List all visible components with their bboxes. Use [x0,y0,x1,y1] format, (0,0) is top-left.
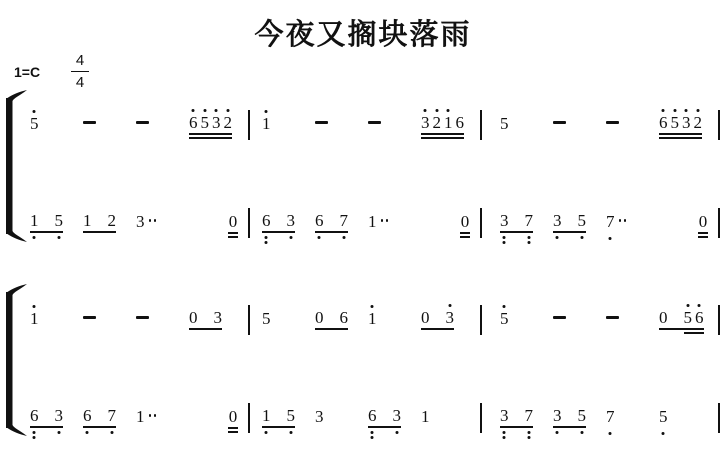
octave-dot-high [503,305,506,308]
duration-dash [83,121,96,124]
note-number: 3 [393,409,402,423]
note-token: 7 [606,214,615,232]
note-number: 0 [189,311,198,325]
octave-dot-high [33,110,36,113]
octave-dot-low [527,241,530,244]
beamed-group: 63 [30,409,63,423]
barline [248,110,250,140]
note: 1 [444,116,453,130]
note-token: 0 [461,214,470,232]
note: 2 [694,116,703,130]
note: 6 [315,214,324,228]
note-number: 6 [695,311,704,325]
octave-dot-low [33,236,36,239]
note-number: 6 [189,116,198,130]
staff-melody-2: 1035061035056 [0,311,726,325]
note-number: 1 [368,215,377,229]
note: 6 [695,311,704,325]
note: 3 [393,409,402,423]
note: 0 [189,311,198,325]
note-number: 7 [606,410,615,424]
note-number: 0 [421,311,430,325]
note-token: 0 [699,214,708,232]
octave-dot-high [265,110,268,113]
note-token: 3 [136,214,145,232]
octave-dot-low [527,431,530,434]
octave-dot-high [686,304,689,307]
note-number: 0 [659,311,668,325]
note: 2 [108,214,117,228]
note: 3 [421,116,430,130]
note-number: 1 [368,312,377,326]
note-number: 2 [694,116,703,130]
note: 3 [553,214,562,228]
octave-dot-low [503,436,506,439]
barline [248,305,250,335]
note-token: 7 [606,409,615,427]
note: 5 [262,312,271,326]
octave-dot-high [215,109,218,112]
barline [718,110,720,140]
octave-dot-low [395,431,398,434]
note: 0 [461,215,470,229]
octave-dot-low [371,431,374,434]
octave-dot-high [448,304,451,307]
note: 5 [287,409,296,423]
note-number: 3 [421,116,430,130]
octave-dot-high [673,109,676,112]
note: 5 [30,117,39,131]
note: 0 [229,215,238,229]
octave-dot-high [203,109,206,112]
note: 0 [229,410,238,424]
beam-line [460,236,471,238]
beam-line [659,133,702,135]
note-number: 3 [553,409,562,423]
note: 2 [224,116,233,130]
note-number: 1 [421,410,430,424]
beam-line [83,231,116,233]
octave-dot-low [556,431,559,434]
note: 0 [315,311,324,325]
note: 3 [553,409,562,423]
staff-melody-1: 565321321656532 [0,116,726,130]
octave-dot-low [503,241,506,244]
note-number: 5 [500,117,509,131]
note-number: 1 [262,117,271,131]
beam-line [228,236,239,238]
note-number: 3 [55,409,64,423]
note: 6 [30,409,39,423]
note-token: 5 [659,409,668,427]
note: 5 [500,117,509,131]
duration-dash [606,316,619,319]
note-number: 5 [578,409,587,423]
note: 1 [368,215,377,229]
beamed-group: 15 [30,214,63,228]
octave-dot-high [698,304,701,307]
note: 3 [136,215,145,229]
octave-dot-low [527,436,530,439]
octave-dot-low [289,431,292,434]
beam-line [262,426,295,428]
octave-dot-low [33,431,36,434]
note-number: 0 [461,215,470,229]
barline [480,110,482,140]
beamed-group: 6532 [659,116,702,130]
barline [718,208,720,238]
note-number: 1 [444,116,453,130]
augmentation-dot [624,219,627,222]
augmentation-dot [381,219,384,222]
beam-line [368,426,401,428]
note: 1 [83,214,92,228]
note-number: 3 [500,409,509,423]
beamed-group: 63 [368,409,401,423]
note-number: 7 [108,409,117,423]
note-token: 5 [262,311,271,329]
note: 6 [83,409,92,423]
note-token: 1 [368,311,377,329]
note: 6 [189,116,198,130]
note: 5 [500,312,509,326]
note-number: 3 [553,214,562,228]
augmentation-dot [386,219,389,222]
note-token: 5 [30,116,39,134]
beamed-group: 03 [421,311,454,325]
note-number: 6 [315,214,324,228]
octave-dot-low [556,236,559,239]
note: 3 [446,311,455,325]
note-number: 1 [30,214,39,228]
beam-line [30,231,63,233]
beam-line [228,232,239,234]
beam-line [30,426,63,428]
note: 7 [606,215,615,229]
beam-line [553,231,586,233]
note: 6 [456,116,465,130]
note: 6 [659,116,668,130]
note-number: 3 [446,311,455,325]
note: 0 [699,215,708,229]
note-number: 3 [315,410,324,424]
octave-dot-low [110,431,113,434]
duration-dash [368,121,381,124]
note-number: 3 [682,116,691,130]
octave-dot-low [503,431,506,434]
octave-dot-low [580,236,583,239]
beamed-group: 35 [553,409,586,423]
barline [718,305,720,335]
note-token: 5 [500,116,509,134]
sheet-music-page: 今夜又搁块落雨 1=C 4 4 565321321656532151230636… [0,0,726,449]
beam-line [262,231,295,233]
note: 1 [30,214,39,228]
octave-dot-low [503,236,506,239]
octave-dot-low [609,432,612,435]
beamed-group: 03 [189,311,222,325]
octave-dot-low [580,431,583,434]
note-number: 3 [136,215,145,229]
barline [248,403,250,433]
augmentation-dot [149,414,152,417]
note-number: 2 [108,214,117,228]
octave-dot-high [696,109,699,112]
beamed-group: 37 [500,409,533,423]
octave-dot-low [86,431,89,434]
duration-dash [553,121,566,124]
note: 1 [136,410,145,424]
note-number: 0 [229,215,238,229]
octave-dot-low [289,236,292,239]
note-number: 5 [201,116,210,130]
note-number: 3 [287,214,296,228]
note-number: 1 [136,410,145,424]
barline [480,403,482,433]
beam-line [421,133,464,135]
note: 6 [368,409,377,423]
note: 2 [433,116,442,130]
note-number: 1 [30,312,39,326]
barline [248,208,250,238]
note-number: 2 [433,116,442,130]
note: 3 [682,116,691,130]
note-number: 7 [525,214,534,228]
note-number: 5 [671,116,680,130]
note-number: 0 [315,311,324,325]
note: 7 [606,410,615,424]
beam-line [228,431,239,433]
note: 6 [262,214,271,228]
beamed-group: 12 [83,214,116,228]
augmentation-dot [149,219,152,222]
augmentation-dot [619,219,622,222]
note-number: 6 [83,409,92,423]
note: 3 [500,214,509,228]
beam-line [421,328,454,330]
beamed-group: 67 [83,409,116,423]
note: 3 [214,311,223,325]
beamed-group: 3216 [421,116,464,130]
note-token: 0 [229,409,238,427]
note: 5 [684,311,693,325]
barline [480,305,482,335]
score: 5653213216565321512306367103735701035061… [0,0,726,449]
note: 5 [578,214,587,228]
beam-line [698,232,709,234]
note: 3 [287,214,296,228]
note: 1 [421,410,430,424]
beam-line [659,137,702,139]
barline [480,208,482,238]
note-token: 1 [30,311,39,329]
octave-dot-low [662,432,665,435]
note-number: 6 [368,409,377,423]
beam-line [83,426,116,428]
beam-line [228,427,239,429]
beam-line [659,328,704,330]
note-number: 1 [262,409,271,423]
note-number: 6 [262,214,271,228]
note-number: 0 [229,410,238,424]
note-number: 5 [578,214,587,228]
staff-accompaniment-2: 636710153631373575 [0,409,726,423]
beamed-group: 6532 [189,116,232,130]
octave-dot-low [57,431,60,434]
beam-line [189,137,232,139]
note-number: 2 [224,116,233,130]
octave-dot-low [342,236,345,239]
octave-dot-high [33,305,36,308]
note: 1 [368,312,377,326]
note-number: 5 [684,311,693,325]
note: 1 [262,117,271,131]
note: 1 [262,409,271,423]
octave-dot-high [662,109,665,112]
octave-dot-high [685,109,688,112]
octave-dot-low [609,237,612,240]
note: 0 [659,311,668,325]
note-number: 0 [699,215,708,229]
octave-dot-high [371,305,374,308]
note: 3 [500,409,509,423]
note: 3 [315,410,324,424]
barline [718,403,720,433]
note-token: 3 [315,409,324,427]
note-number: 6 [340,311,349,325]
note-token: 5 [500,311,509,329]
beam-line [500,231,533,233]
octave-dot-low [371,436,374,439]
note: 7 [525,214,534,228]
beamed-group: 37 [500,214,533,228]
note-number: 5 [659,410,668,424]
beamed-group: 06 [315,311,348,325]
note: 0 [421,311,430,325]
note: 1 [30,312,39,326]
note-number: 5 [500,312,509,326]
octave-dot-high [192,109,195,112]
note: 7 [340,214,349,228]
beam-line [460,232,471,234]
note: 6 [340,311,349,325]
beamed-group: 35 [553,214,586,228]
octave-dot-high [435,109,438,112]
note-number: 5 [30,117,39,131]
note-number: 6 [456,116,465,130]
note-number: 3 [500,214,509,228]
octave-dot-low [265,241,268,244]
octave-dot-high [447,109,450,112]
octave-dot-low [57,236,60,239]
note: 5 [201,116,210,130]
note-token: 1 [136,409,145,427]
beam-line [315,231,348,233]
duration-dash [136,121,149,124]
staff-accompaniment-1: 151230636710373570 [0,214,726,228]
octave-dot-high [424,109,427,112]
note-token: 1 [262,116,271,134]
note: 3 [55,409,64,423]
note: 7 [525,409,534,423]
note-token: 1 [421,409,430,427]
note-number: 6 [30,409,39,423]
duration-dash [553,316,566,319]
note: 3 [212,116,221,130]
beam-line [315,328,348,330]
note: 7 [108,409,117,423]
octave-dot-low [318,236,321,239]
augmentation-dot [154,219,157,222]
note-number: 5 [55,214,64,228]
octave-dot-high [226,109,229,112]
beamed-group: 67 [315,214,348,228]
augmentation-dot [154,414,157,417]
note-number: 3 [214,311,223,325]
octave-dot-low [265,431,268,434]
beam-line [698,236,709,238]
note-number: 7 [606,215,615,229]
octave-dot-low [33,436,36,439]
beam-line [684,332,704,334]
beamed-group: 056 [659,311,704,325]
note-number: 7 [340,214,349,228]
note: 5 [578,409,587,423]
octave-dot-low [265,236,268,239]
note-number: 6 [659,116,668,130]
note: 5 [659,410,668,424]
note-number: 1 [83,214,92,228]
duration-dash [83,316,96,319]
note-number: 7 [525,409,534,423]
note: 5 [671,116,680,130]
duration-dash [136,316,149,319]
duration-dash [606,121,619,124]
note-number: 5 [287,409,296,423]
beam-line [500,426,533,428]
duration-dash [315,121,328,124]
beamed-group: 63 [262,214,295,228]
beam-line [189,133,232,135]
beam-line [553,426,586,428]
note: 5 [55,214,64,228]
beamed-group: 15 [262,409,295,423]
octave-dot-low [527,236,530,239]
beam-line [189,328,222,330]
note-number: 5 [262,312,271,326]
note-number: 3 [212,116,221,130]
beam-line [421,137,464,139]
note-token: 1 [368,214,377,232]
note-token: 0 [229,214,238,232]
